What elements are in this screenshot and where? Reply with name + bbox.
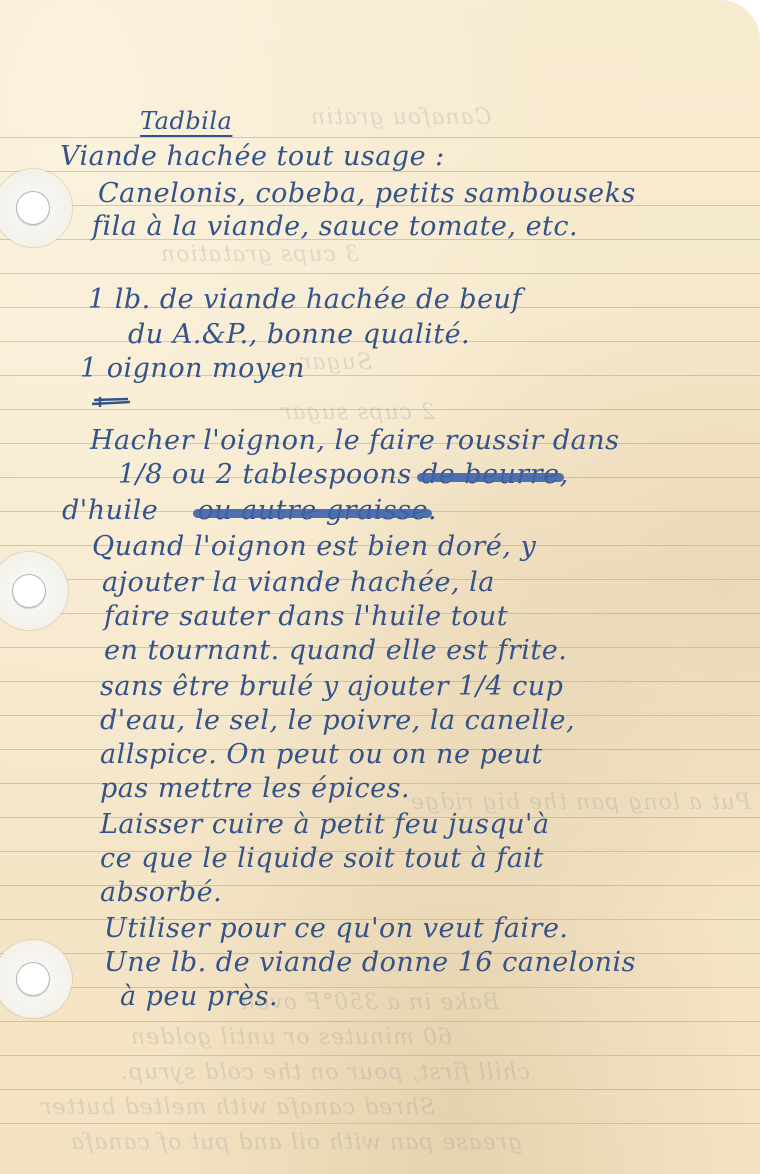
- handwritten-text: d'huile: [62, 495, 158, 526]
- punch-hole-middle: [0, 552, 68, 630]
- handwritten-line: d'eau, le sel, le poivre, la canelle,: [100, 704, 575, 738]
- ruled-line: [0, 1055, 760, 1056]
- ruled-line: [0, 137, 760, 138]
- recipe-title: Tadbila: [140, 104, 232, 138]
- handwritten-line: ajouter la viande hachée, la: [102, 566, 495, 600]
- handwritten-line: 1/8 ou 2 tablespoons de beurre,: [118, 458, 569, 492]
- handwritten-line: en tournant. quand elle est frite.: [104, 634, 567, 668]
- bleed-through-text: grease pan with oil and put of canafa: [70, 1130, 522, 1155]
- handwritten-line: Quand l'oignon est bien doré, y: [92, 530, 536, 564]
- handwritten-line: Viande hachée tout usage :: [60, 140, 445, 174]
- handwritten-line: d'huile ou autre graisse.: [62, 494, 437, 528]
- recipe-card: Canafou gratin 3 cups gratation Sugar 2 …: [0, 0, 760, 1174]
- ruled-line: [0, 273, 760, 274]
- handwritten-line: à peu près.: [120, 980, 278, 1014]
- punch-hole-top: [0, 169, 72, 247]
- bleed-through-text: 60 minutes or until golden: [130, 1025, 452, 1050]
- ruled-line: [0, 987, 760, 988]
- handwritten-line: faire sauter dans l'huile tout: [104, 600, 508, 634]
- handwritten-line: 1 lb. de viande hachée de beuf: [88, 283, 522, 317]
- handwritten-line: absorbé.: [100, 876, 222, 910]
- handwritten-line: 1 oignon moyen: [80, 352, 305, 386]
- bleed-through-text: Bake in a 350°F oven: [240, 990, 499, 1015]
- scribble-strikeout: [90, 396, 132, 408]
- handwritten-line: allspice. On peut ou on ne peut: [100, 738, 543, 772]
- handwritten-line: pas mettre les épices.: [100, 772, 410, 806]
- handwritten-line: sans être brulé y ajouter 1/4 cup: [100, 670, 563, 704]
- bleed-through-text: 3 cups gratation: [160, 242, 359, 267]
- struck-out-text: ou autre graisse: [197, 494, 428, 528]
- struck-out-text: de beurre: [421, 458, 560, 492]
- handwritten-text: 1/8 ou 2 tablespoons: [118, 459, 412, 490]
- bleed-through-text: Shred canafa with melted butter: [40, 1095, 435, 1120]
- handwritten-line: Laisser cuire à petit feu jusqu'à: [100, 808, 550, 842]
- ruled-line: [0, 1123, 760, 1124]
- handwritten-line: Utiliser pour ce qu'on veut faire.: [104, 912, 569, 946]
- bleed-through-text: chill first, pour on the cold syrup.: [120, 1060, 530, 1085]
- punch-hole-bottom: [0, 940, 72, 1018]
- bleed-through-text: Sugar: [300, 350, 372, 375]
- handwritten-line: Canelonis, cobeba, petits sambouseks: [98, 177, 636, 211]
- ruled-line: [0, 1021, 760, 1022]
- handwritten-line: ce que le liquide soit tout à fait: [100, 842, 544, 876]
- handwritten-line: fila à la viande, sauce tomate, etc.: [92, 210, 578, 244]
- bleed-through-text: Canafou gratin: [310, 105, 492, 130]
- handwritten-line: du A.&P., bonne qualité.: [128, 318, 470, 352]
- handwritten-line: Hacher l'oignon, le faire roussir dans: [90, 424, 619, 458]
- bleed-through-text: 2 cups sugar: [280, 400, 435, 425]
- handwritten-line: Une lb. de viande donne 16 canelonis: [104, 946, 636, 980]
- ruled-line: [0, 1089, 760, 1090]
